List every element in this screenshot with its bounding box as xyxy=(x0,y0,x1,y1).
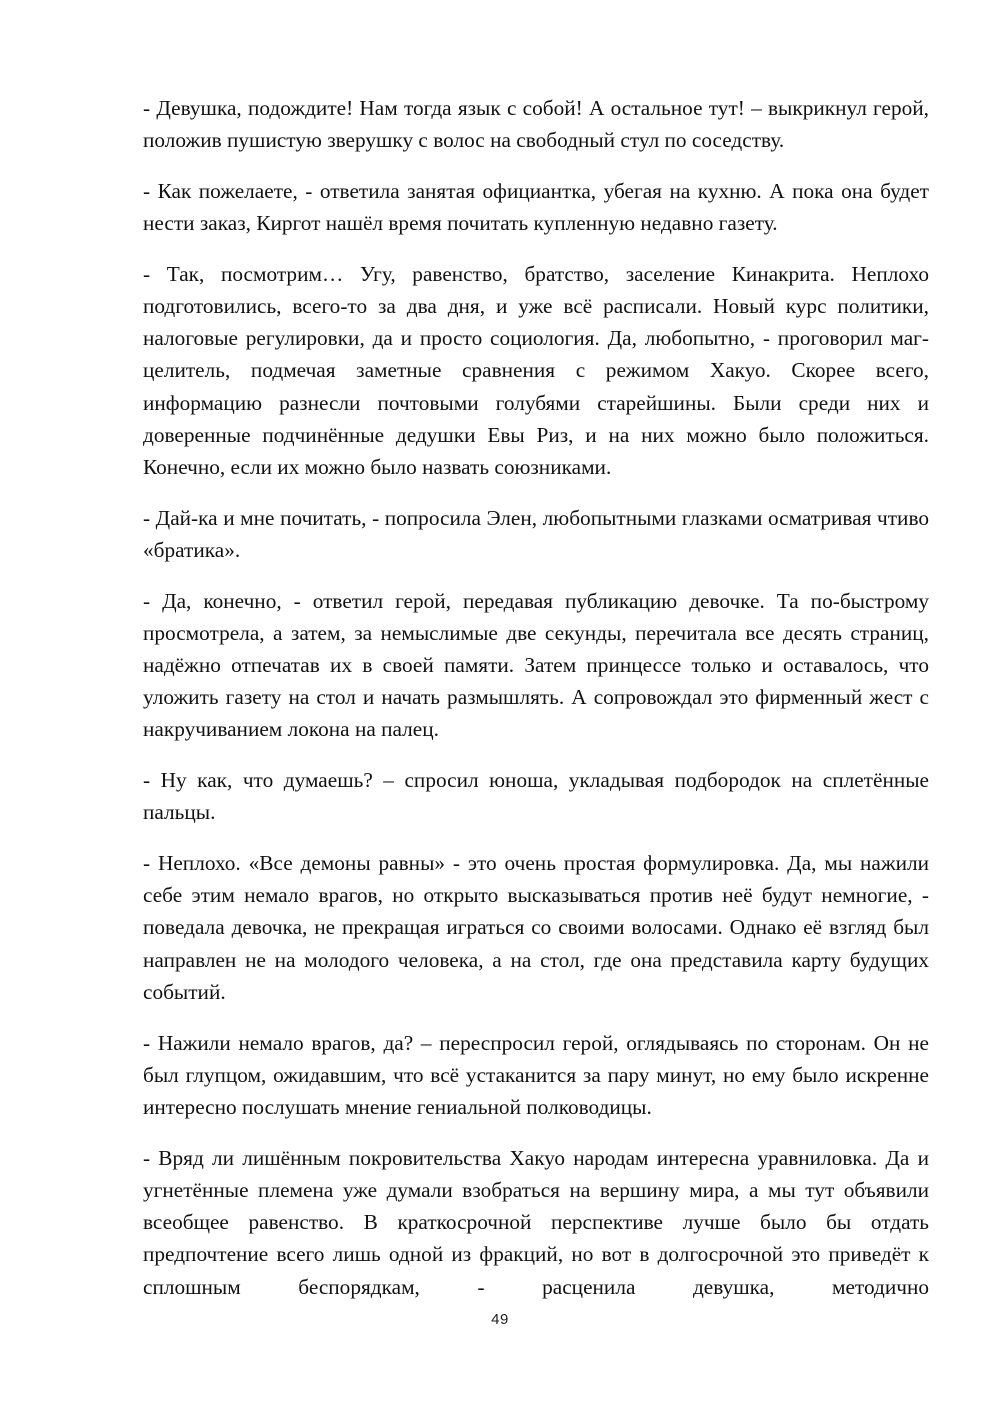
paragraph-6: - Ну как, что думаешь? – спросил юноша, … xyxy=(143,764,929,828)
paragraph-7: - Неплохо. «Все демоны равны» - это очен… xyxy=(143,847,929,1008)
page-number: 49 xyxy=(0,1311,1000,1328)
paragraph-3: - Так, посмотрим… Угу, равенство, братст… xyxy=(143,258,929,483)
paragraph-5: - Да, конечно, - ответил герой, передава… xyxy=(143,585,929,746)
paragraph-8: - Нажили немало врагов, да? – переспроси… xyxy=(143,1027,929,1124)
document-page: - Девушка, подождите! Нам тогда язык с с… xyxy=(0,0,1000,1414)
paragraph-2: - Как пожелаете, - ответила занятая офиц… xyxy=(143,175,929,239)
page-body-text: - Девушка, подождите! Нам тогда язык с с… xyxy=(143,92,929,1321)
paragraph-1: - Девушка, подождите! Нам тогда язык с с… xyxy=(143,92,929,156)
paragraph-9: - Вряд ли лишённым покровительства Хакуо… xyxy=(143,1142,929,1303)
paragraph-4: - Дай-ка и мне почитать, - попросила Эле… xyxy=(143,502,929,566)
